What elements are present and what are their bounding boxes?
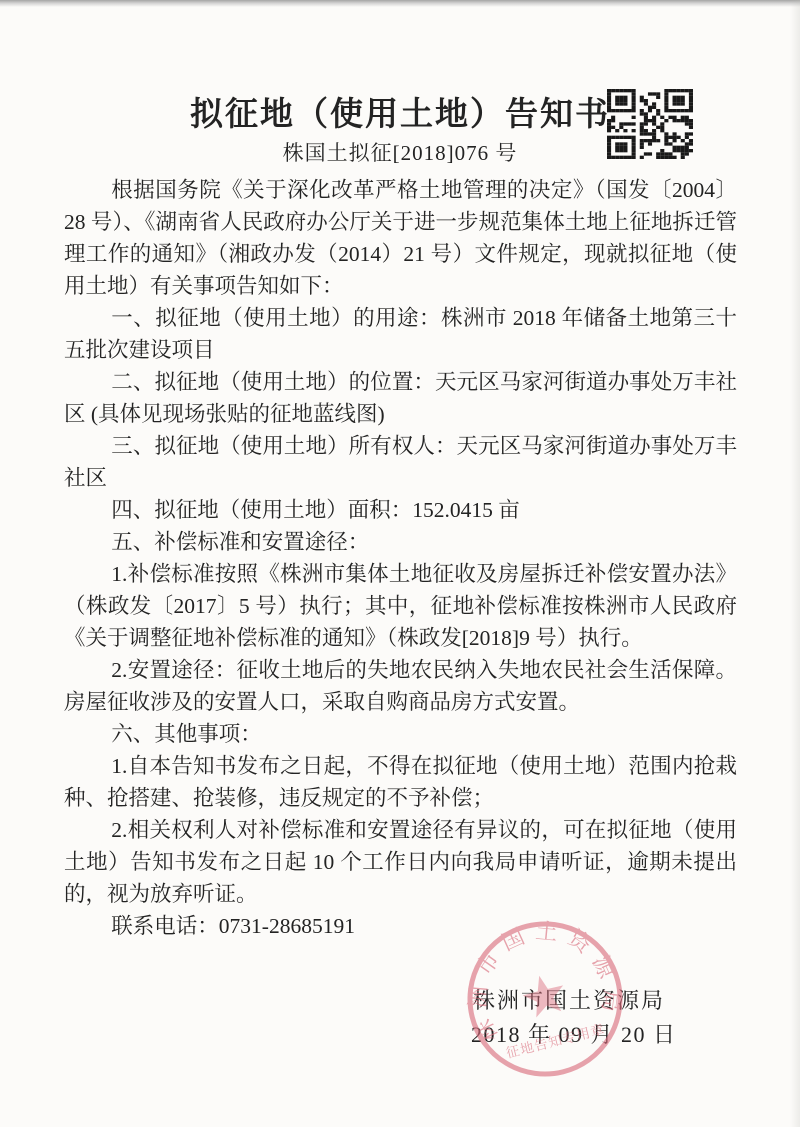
document-page: 拟征地（使用土地）告知书 株国土拟征[2018]076 号 根据国务院《关于深化… (0, 0, 800, 1127)
paragraph: 2.相关权利人对补偿标准和安置途径有异议的，可在拟征地（使用土地）告知书发布之日… (64, 814, 737, 910)
scan-right-shade (790, 0, 800, 1127)
signature-date: 2018 年 09 月 20 日 (471, 1018, 677, 1049)
qr-code (607, 89, 693, 159)
paragraph: 1.补偿标准按照《株洲市集体土地征收及房屋拆迁补偿安置办法》（株政发〔2017〕… (64, 558, 737, 654)
paragraph: 1.自本告知书发布之日起，不得在拟征地（使用土地）范围内抢栽种、抢搭建、抢装修，… (64, 750, 737, 814)
paragraph: 联系电话：0731-28685191 (64, 910, 737, 942)
paragraph: 六、其他事项： (64, 718, 737, 750)
document-body: 根据国务院《关于深化改革严格土地管理的决定》（国发〔2004〕28 号）、《湖南… (64, 174, 737, 942)
paragraph: 三、拟征地（使用土地）所有权人：天元区马家河街道办事处万丰社区 (64, 430, 737, 494)
paragraph: 二、拟征地（使用土地）的位置：天元区马家河街道办事处万丰社区 (具体见现场张贴的… (64, 366, 737, 430)
paragraph: 一、拟征地（使用土地）的用途：株洲市 2018 年储备土地第三十五批次建设项目 (64, 302, 737, 366)
paragraph: 根据国务院《关于深化改革严格土地管理的决定》（国发〔2004〕28 号）、《湖南… (64, 174, 737, 302)
signature-agency: 株洲市国土资源局 (473, 984, 665, 1015)
paragraph: 2.安置途径：征收土地后的失地农民纳入失地农民社会生活保障。房屋征收涉及的安置人… (64, 654, 737, 718)
paragraph: 四、拟征地（使用土地）面积：152.0415 亩 (64, 494, 737, 526)
scan-top-shadow (0, 0, 800, 7)
paragraph: 五、补偿标准和安置途径： (64, 526, 737, 558)
